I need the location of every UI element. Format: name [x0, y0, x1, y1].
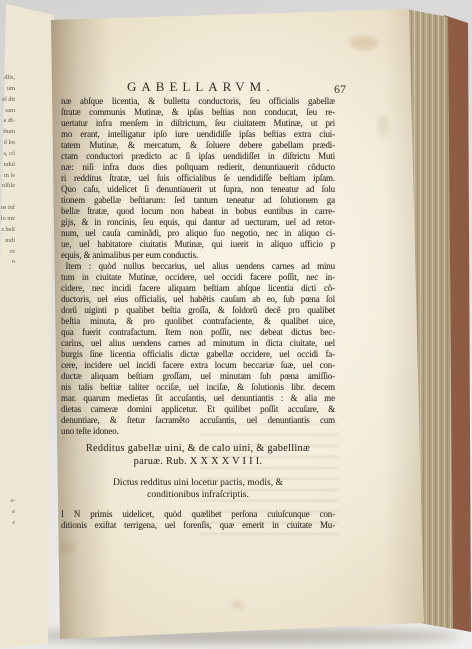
facing-page-fragment — [0, 474, 15, 485]
body-line: tatem Mutinæ, & mercatum, & ſoluere debe… — [61, 140, 335, 151]
facing-page-fragment — [0, 431, 15, 442]
paragraph-line: ditionis exiſtat terrigena, uel forenſis… — [61, 520, 335, 531]
subheading: Dictus redditus uini locetur pactis, mod… — [61, 477, 335, 500]
facing-page-fragment: r — [0, 518, 15, 529]
facing-page-fragment: olſiſe — [0, 181, 15, 192]
body-line: cidere, nec incidi facere aliquam beſtia… — [61, 283, 335, 294]
book-photo: dlis,umel ditrama di-ftumd lots, cõndulm… — [0, 0, 472, 649]
facing-page-fragment — [0, 366, 15, 377]
body-line: tum in ciuitate Mutinæ, occidere, uel oc… — [61, 272, 335, 283]
opening-paragraph: I N primis uidelicet, quòd quælibet perſ… — [61, 509, 335, 531]
facing-page-fragment — [0, 333, 15, 344]
facing-page-fragment — [0, 387, 15, 398]
facing-page-fragment: ns inf — [0, 203, 15, 214]
facing-page-fragment — [0, 463, 15, 474]
facing-page-fragment: m le — [0, 171, 15, 182]
body-line: uertatur infra menſem in diſtrictum, ſeu… — [61, 118, 335, 129]
body-line: næ abſque licentia, & bulletta conductor… — [61, 96, 335, 107]
facing-page-text-fragments: dlis,umel ditrama di-ftumd lots, cõndulm… — [0, 73, 15, 539]
stain — [350, 36, 378, 50]
body-line: dorũ uiginti p qualibet beſtia groſſa, &… — [61, 305, 335, 316]
facing-page-fragment — [0, 398, 15, 409]
facing-page-fragment: dlis, — [0, 73, 15, 84]
facing-page-fragment: re — [0, 247, 15, 258]
facing-page-fragment — [0, 442, 15, 453]
body-line: dietas cameræ domini applicetur. Et quil… — [61, 404, 335, 415]
page-number: 67 — [334, 82, 346, 97]
facing-page-fragment: s- — [0, 496, 15, 507]
facing-page-fragment: lo me — [0, 214, 15, 225]
body-line: equis, & animalibus per eum conductis. — [61, 250, 335, 261]
facing-page-fragment: um — [0, 84, 15, 95]
body-line: Quo caſu, uidelicet ſi denuntiauerit ut … — [61, 184, 335, 195]
body-line: næ: niſi infra duos dies poſtquam redier… — [61, 162, 335, 173]
body-line: num, uel cauſa caminãdi, pro aliquo ſuo … — [61, 228, 335, 239]
facing-page-fragment — [0, 290, 15, 301]
body-line: Item : quòd nullus beccarius, uel alius … — [61, 261, 335, 272]
facing-page-fragment: ndul — [0, 160, 15, 171]
facing-page-fragment — [0, 312, 15, 323]
facing-page-fragment: s beſt — [0, 225, 15, 236]
body-line: gijs, & in roncinis, ſeu equis, qui dant… — [61, 217, 335, 228]
facing-page-fragment: a di- — [0, 116, 15, 127]
body-line: nis talis beſtiæ taliter occiſæ, uel inc… — [61, 382, 335, 393]
body-text-block: næ abſque licentia, & bulletta conductor… — [61, 96, 335, 437]
body-line: ri redditus ſtratæ, uel ſuis officialibu… — [61, 173, 335, 184]
body-line: ctam conductori prædicto ac ſi ipſas uen… — [61, 151, 335, 162]
rubric-heading: Redditus gabellæ uini, & de calo uini, &… — [61, 443, 335, 468]
body-line: burgis ſine licentia officialis dictæ ga… — [61, 349, 335, 360]
facing-page-fragment — [0, 355, 15, 366]
facing-page-fragment: o — [0, 257, 15, 268]
facing-page-fragment — [0, 528, 15, 539]
facing-page-fragment — [0, 268, 15, 279]
stain — [232, 601, 244, 609]
facing-page-fragment — [0, 409, 15, 420]
stain — [58, 543, 76, 553]
facing-page-fragment — [0, 301, 15, 312]
subheading-line: Dictus redditus uini locetur pactis, mod… — [61, 477, 335, 489]
facing-page-fragment — [0, 192, 15, 203]
facing-page-fragment: s, cõ — [0, 149, 15, 160]
book-page: GABELLARVM. 67 næ abſque licentia, & bul… — [0, 0, 472, 649]
body-line: beſtia minuta, & pro quolibet contrafaci… — [61, 316, 335, 327]
body-line: mo erant, intelligatur ipſo iure uendidi… — [61, 129, 335, 140]
facing-page-fragment: el dit — [0, 95, 15, 106]
body-line: uno teſte idoneo. — [61, 426, 335, 437]
stain — [378, 115, 388, 137]
facing-page-fragment: ftum — [0, 127, 15, 138]
subheading-line: conditionibus infraſcriptis. — [61, 489, 335, 501]
body-line: carius, uel alius uendens carnes ad minu… — [61, 338, 335, 349]
body-line: ſtratæ communis Mutinæ, & ipſas beſtias … — [61, 107, 335, 118]
rubric-heading-line: Redditus gabellæ uini, & de calo uini, &… — [61, 443, 335, 456]
rubric-heading-line: paruæ. Rub. X X X X V I I I. — [61, 456, 335, 469]
facing-page-fragment — [0, 453, 15, 464]
running-header: GABELLARVM. — [127, 79, 275, 95]
facing-page-fragment — [0, 279, 15, 290]
facing-page-fragment — [0, 485, 15, 496]
body-line: denuntiare, & ſtetur ſacramẽto accuſanti… — [61, 415, 335, 426]
body-line: cere, incidere uel incidi facere extra l… — [61, 360, 335, 371]
body-line: qua fuerit contrafactum. Item non poſſit… — [61, 327, 335, 338]
body-line: bellæ ſtratæ, quod locum non habeat in b… — [61, 206, 335, 217]
facing-page-fragment — [0, 344, 15, 355]
paragraph-line: I N primis uidelicet, quòd quælibet perſ… — [61, 509, 335, 520]
facing-page-fragment: mdi le — [0, 236, 15, 247]
body-line: ue, uel habitatore ciuitatis Mutinæ, qui… — [61, 239, 335, 250]
facing-page-fragment — [0, 377, 15, 388]
facing-page-fragment: e — [0, 507, 15, 518]
facing-page-fragment: d lot — [0, 138, 15, 149]
facing-page-fragment: ram — [0, 106, 15, 117]
facing-page-fragment — [0, 322, 15, 333]
body-line: tionem gabellæ beſtiarum: ſed tantum ten… — [61, 195, 335, 206]
body-line: ductæ aliquam beſtiam groſſam, uel minut… — [61, 371, 335, 382]
body-line: mar. quarum medietas ſit accuſantis, uel… — [61, 393, 335, 404]
body-line: ductoris, uel eius officialis, uel habẽt… — [61, 294, 335, 305]
facing-page-fragment — [0, 420, 15, 431]
